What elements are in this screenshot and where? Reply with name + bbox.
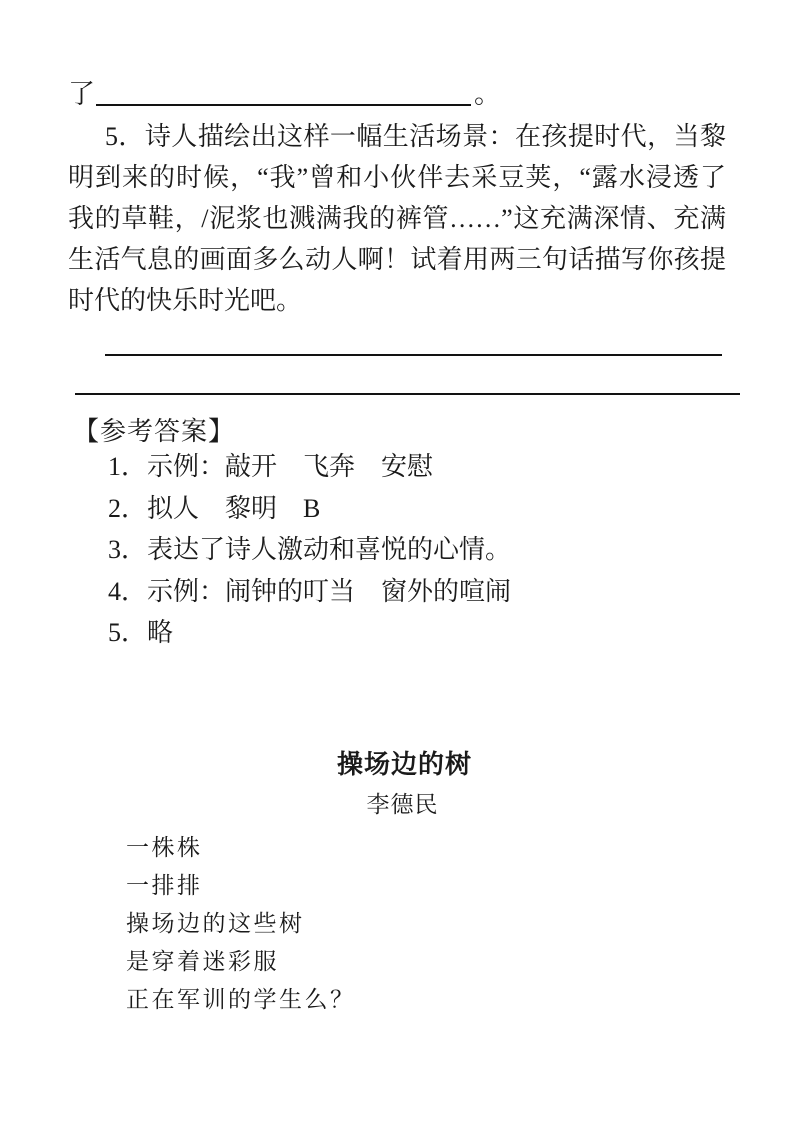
worksheet-page: 了。 5．诗人描绘出这样一幅生活场景：在孩提时代，当黎明到来的时候，“我”曾和小… (0, 0, 793, 1122)
answer-item: 4．示例：闹钟的叮当 窗外的喧闹 (108, 571, 511, 613)
poem-line: 一株株 (126, 829, 356, 867)
poem-title: 操场边的树 (0, 744, 793, 781)
fill-blank-prefix: 了 (68, 79, 95, 109)
answer-item: 3．表达了诗人激动和喜悦的心情。 (108, 529, 511, 571)
poem-line: 操场边的这些树 (126, 905, 356, 943)
poem-body: 一株株一排排操场边的这些树是穿着迷彩服正在军训的学生么？ (126, 829, 356, 1019)
poem-line: 是穿着迷彩服 (126, 943, 356, 981)
poem-line: 正在军训的学生么？ (126, 981, 356, 1019)
answer-blank-rule (105, 354, 722, 356)
answer-item: 1．示例：敲开 飞奔 安慰 (108, 446, 511, 488)
answers-list: 1．示例：敲开 飞奔 安慰2．拟人 黎明 B3．表达了诗人激动和喜悦的心情。4．… (108, 446, 511, 654)
poem-author: 李德民 (0, 786, 793, 819)
poem-line: 一排排 (126, 867, 356, 905)
answer-item: 2．拟人 黎明 B (108, 488, 511, 530)
fill-blank-suffix: 。 (474, 79, 501, 109)
section-divider-rule (75, 393, 740, 395)
reference-answers-heading: 【参考答案】 (73, 411, 235, 448)
question-5-paragraph: 5．诗人描绘出这样一幅生活场景：在孩提时代，当黎明到来的时候，“我”曾和小伙伴去… (68, 116, 726, 321)
answer-item: 5．略 (108, 612, 511, 654)
fill-in-blank-line: 了。 (68, 78, 501, 110)
answer-blank-underline (96, 103, 471, 106)
